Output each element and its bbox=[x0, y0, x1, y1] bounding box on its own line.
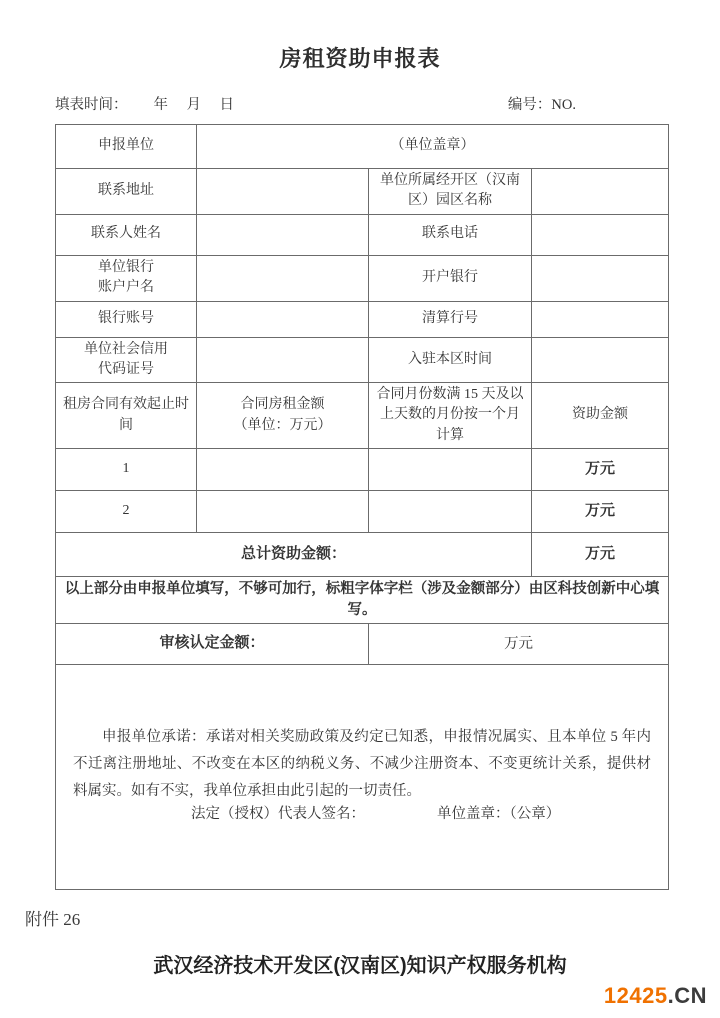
contract-row-1-months-cell bbox=[369, 449, 532, 491]
row-bank-account-no: 银行账号 清算行号 bbox=[56, 301, 669, 337]
bank-account-name-value-cell bbox=[197, 255, 369, 301]
unit-seal-label: 单位盖章：（公章） bbox=[437, 804, 560, 825]
settle-time-label: 入驻本区时间 bbox=[369, 337, 532, 383]
contract-rent-amount-header: 合同房租金额 （单位：万元） bbox=[197, 383, 369, 449]
contract-row-1-subsidy-unit: 万元 bbox=[532, 449, 669, 491]
bank-account-no-value-cell bbox=[197, 301, 369, 337]
row-fill-note: 以上部分由申报单位填写，不够可加行，标粗字体字栏（涉及金额部分）由区科技创新中心… bbox=[56, 577, 669, 624]
commitment-text: 申报单位承诺：承诺对相关奖励政策及约定已知悉，申报情况属实、且本单位 5 年内不… bbox=[73, 724, 651, 804]
serial-number: 编号：NO. bbox=[508, 93, 576, 114]
row-bank-account-name: 单位银行 账户户名 开户银行 bbox=[56, 255, 669, 301]
park-name-value-cell bbox=[532, 169, 669, 215]
attachment-number: 附件 26 bbox=[25, 905, 80, 930]
contact-name-label: 联系人姓名 bbox=[56, 214, 197, 255]
legal-rep-signature-label: 法定（授权）代表人签名： bbox=[191, 804, 365, 825]
contract-row-2-no: 2 bbox=[56, 491, 197, 533]
settle-time-value-cell bbox=[532, 337, 669, 383]
audit-amount-unit: 万元 bbox=[369, 624, 669, 665]
row-contract-header: 租房合同有效起止时间 合同房租金额 （单位：万元） 合同月份数满 15 天及以上… bbox=[56, 383, 669, 449]
meta-row: 填表时间：年 月 日 编号：NO. bbox=[55, 93, 668, 114]
contract-row-2: 2 万元 bbox=[56, 491, 669, 533]
row-contact-person: 联系人姓名 联系电话 bbox=[56, 214, 669, 255]
application-form-table: 申报单位 （单位盖章） 联系地址 单位所属经开区（汉南区）园区名称 联系人姓名 … bbox=[55, 124, 669, 890]
contract-row-2-rent-cell bbox=[197, 491, 369, 533]
contact-address-value-cell bbox=[197, 169, 369, 215]
bank-account-name-label: 单位银行 账户户名 bbox=[56, 255, 197, 301]
opening-bank-label: 开户银行 bbox=[369, 255, 532, 301]
bank-account-no-label: 银行账号 bbox=[56, 301, 197, 337]
watermark-suffix: .CN bbox=[668, 983, 707, 1008]
clearing-bank-no-label: 清算行号 bbox=[369, 301, 532, 337]
credit-code-label: 单位社会信用 代码证号 bbox=[56, 337, 197, 383]
fill-date-label: 填表时间： bbox=[55, 97, 128, 113]
contact-phone-label: 联系电话 bbox=[369, 214, 532, 255]
subsidy-amount-header: 资助金额 bbox=[532, 383, 669, 449]
contact-name-value-cell bbox=[197, 214, 369, 255]
fill-date: 填表时间：年 月 日 bbox=[55, 93, 236, 114]
contract-row-1-rent-cell bbox=[197, 449, 369, 491]
contract-month-rule-header: 合同月份数满 15 天及以上天数的月份按一个月计算 bbox=[369, 383, 532, 449]
audit-amount-label: 审核认定金额： bbox=[56, 624, 369, 665]
row-total-subsidy: 总计资助金额： 万元 bbox=[56, 533, 669, 577]
page-title: 房租资助申报表 bbox=[0, 42, 720, 73]
row-declare-unit: 申报单位 （单位盖章） bbox=[56, 125, 669, 169]
declare-unit-label: 申报单位 bbox=[56, 125, 197, 169]
contact-address-label: 联系地址 bbox=[56, 169, 197, 215]
total-subsidy-label: 总计资助金额： bbox=[56, 533, 532, 577]
signature-row: 法定（授权）代表人签名： 单位盖章：（公章） bbox=[73, 804, 651, 825]
contract-row-2-subsidy-unit: 万元 bbox=[532, 491, 669, 533]
row-contact-address: 联系地址 单位所属经开区（汉南区）园区名称 bbox=[56, 169, 669, 215]
contract-row-2-months-cell bbox=[369, 491, 532, 533]
watermark-number: 12425 bbox=[604, 983, 668, 1008]
contract-row-1: 1 万元 bbox=[56, 449, 669, 491]
credit-code-value-cell bbox=[197, 337, 369, 383]
clearing-bank-no-value-cell bbox=[532, 301, 669, 337]
total-subsidy-unit: 万元 bbox=[532, 533, 669, 577]
contact-phone-value-cell bbox=[532, 214, 669, 255]
org-title: 武汉经济技术开发区(汉南区)知识产权服务机构 bbox=[0, 949, 720, 978]
unit-seal-hint: （单位盖章） bbox=[391, 138, 475, 153]
row-audit-amount: 审核认定金额： 万元 bbox=[56, 624, 669, 665]
opening-bank-value-cell bbox=[532, 255, 669, 301]
fill-date-blanks: 年 月 日 bbox=[154, 97, 237, 113]
contract-row-1-no: 1 bbox=[56, 449, 197, 491]
row-credit-code: 单位社会信用 代码证号 入驻本区时间 bbox=[56, 337, 669, 383]
declare-unit-value-cell: （单位盖章） bbox=[197, 125, 669, 169]
commitment-cell: 申报单位承诺：承诺对相关奖励政策及约定已知悉，申报情况属实、且本单位 5 年内不… bbox=[56, 665, 669, 890]
park-name-label: 单位所属经开区（汉南区）园区名称 bbox=[369, 169, 532, 215]
contract-period-header: 租房合同有效起止时间 bbox=[56, 383, 197, 449]
fill-note-text: 以上部分由申报单位填写，不够可加行，标粗字体字栏（涉及金额部分）由区科技创新中心… bbox=[56, 577, 669, 624]
row-commitment: 申报单位承诺：承诺对相关奖励政策及约定已知悉，申报情况属实、且本单位 5 年内不… bbox=[56, 665, 669, 890]
site-watermark: 12425.CN bbox=[604, 983, 707, 1009]
